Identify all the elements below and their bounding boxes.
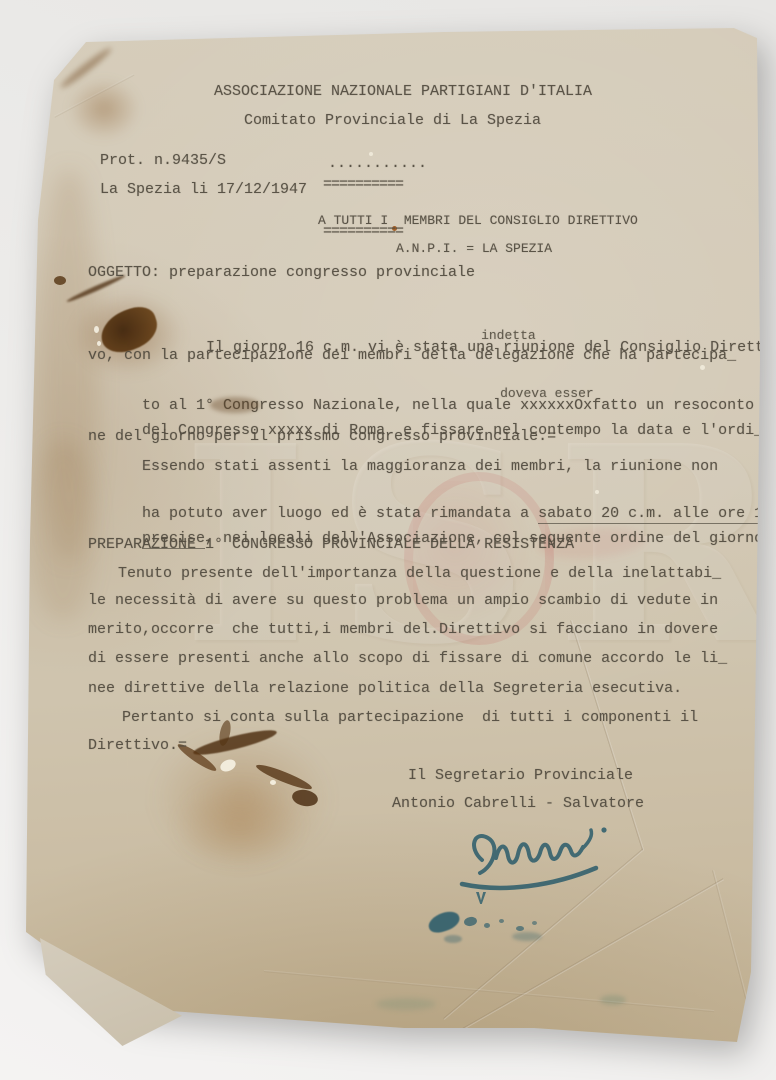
signoff-name: Antonio Cabrelli - Salvatore (392, 794, 644, 814)
burn-stain-upper-tip (54, 276, 66, 285)
subject-line: OGGETTO: preparazione congresso provinci… (88, 263, 475, 283)
crease-line (264, 970, 714, 1012)
corner-stain (68, 78, 140, 140)
letter-paper: ISR A (24, 20, 760, 1062)
body-line: vo, con la partecipazione dei membri del… (88, 346, 736, 366)
ink-smudge (426, 908, 462, 935)
addressee-line-1: A TUTTI I MEMBRI DEL CONSIGLIO DIRETTIVO (318, 211, 638, 231)
crease-line (712, 870, 754, 1025)
org-name: ASSOCIAZIONE NAZIONALE PARTIGIANI D'ITAL… (214, 82, 592, 102)
paper-hole (218, 757, 237, 774)
faded-ink-smudge (376, 998, 436, 1010)
typed-insertion: indetta (481, 326, 536, 346)
body-line: di essere presenti anche allo scopo di f… (88, 649, 727, 669)
burn-stain-lower-mark (192, 726, 279, 759)
ink-smudge (499, 919, 504, 923)
paper-hole (94, 326, 99, 333)
body-line: Direttivo.= (88, 736, 187, 756)
burn-stain-lower-mark (291, 788, 319, 808)
paper-hole (270, 780, 276, 785)
handwritten-signature (448, 818, 628, 898)
ink-smudge (532, 921, 537, 925)
crease-line (453, 878, 724, 1035)
body-line: ne del giorno per il prissmo congresso p… (88, 427, 556, 447)
burn-stain-lower-halo-2 (174, 780, 304, 870)
body-line: le necessità di avere su questo problema… (88, 591, 718, 611)
addressee-line-2: A.N.P.I. = LA SPEZIA (396, 239, 552, 259)
paper-shadow-wrap: ISR A (0, 0, 776, 1080)
signoff-role: Il Segretario Provinciale (408, 766, 633, 786)
dateline: La Spezia li 17/12/1947 (100, 180, 307, 200)
ink-smudge (444, 935, 462, 943)
body-line: merito,occorre che tutti,i membri del.Di… (88, 620, 718, 640)
scan-background: ISR A (0, 0, 776, 1080)
ink-smudge (463, 916, 477, 927)
ink-smudge (484, 923, 490, 928)
ink-smudge (516, 926, 524, 931)
body-line: Essendo stati assenti la maggioranza dei… (142, 457, 718, 477)
dotted-rule: ........... (328, 154, 427, 174)
body-line: nee direttive della relazione politica d… (88, 679, 682, 699)
body-line: PREPARAZIONE 1° CONGRESSO PROVINCIALE DE… (88, 535, 574, 555)
protocol-number: Prot. n.9435/S (100, 151, 226, 171)
body-line: Tenuto presente dell'importanza della qu… (118, 564, 721, 584)
committee-line: Comitato Provinciale di La Spezia (244, 111, 541, 131)
crease-line (54, 74, 134, 118)
left-edge-streak-2 (32, 440, 94, 620)
corner-cut-stain (58, 45, 113, 91)
burn-stain-lower-mark (254, 761, 313, 793)
body-line: Pertanto si conta sulla partecipazione d… (122, 708, 698, 728)
